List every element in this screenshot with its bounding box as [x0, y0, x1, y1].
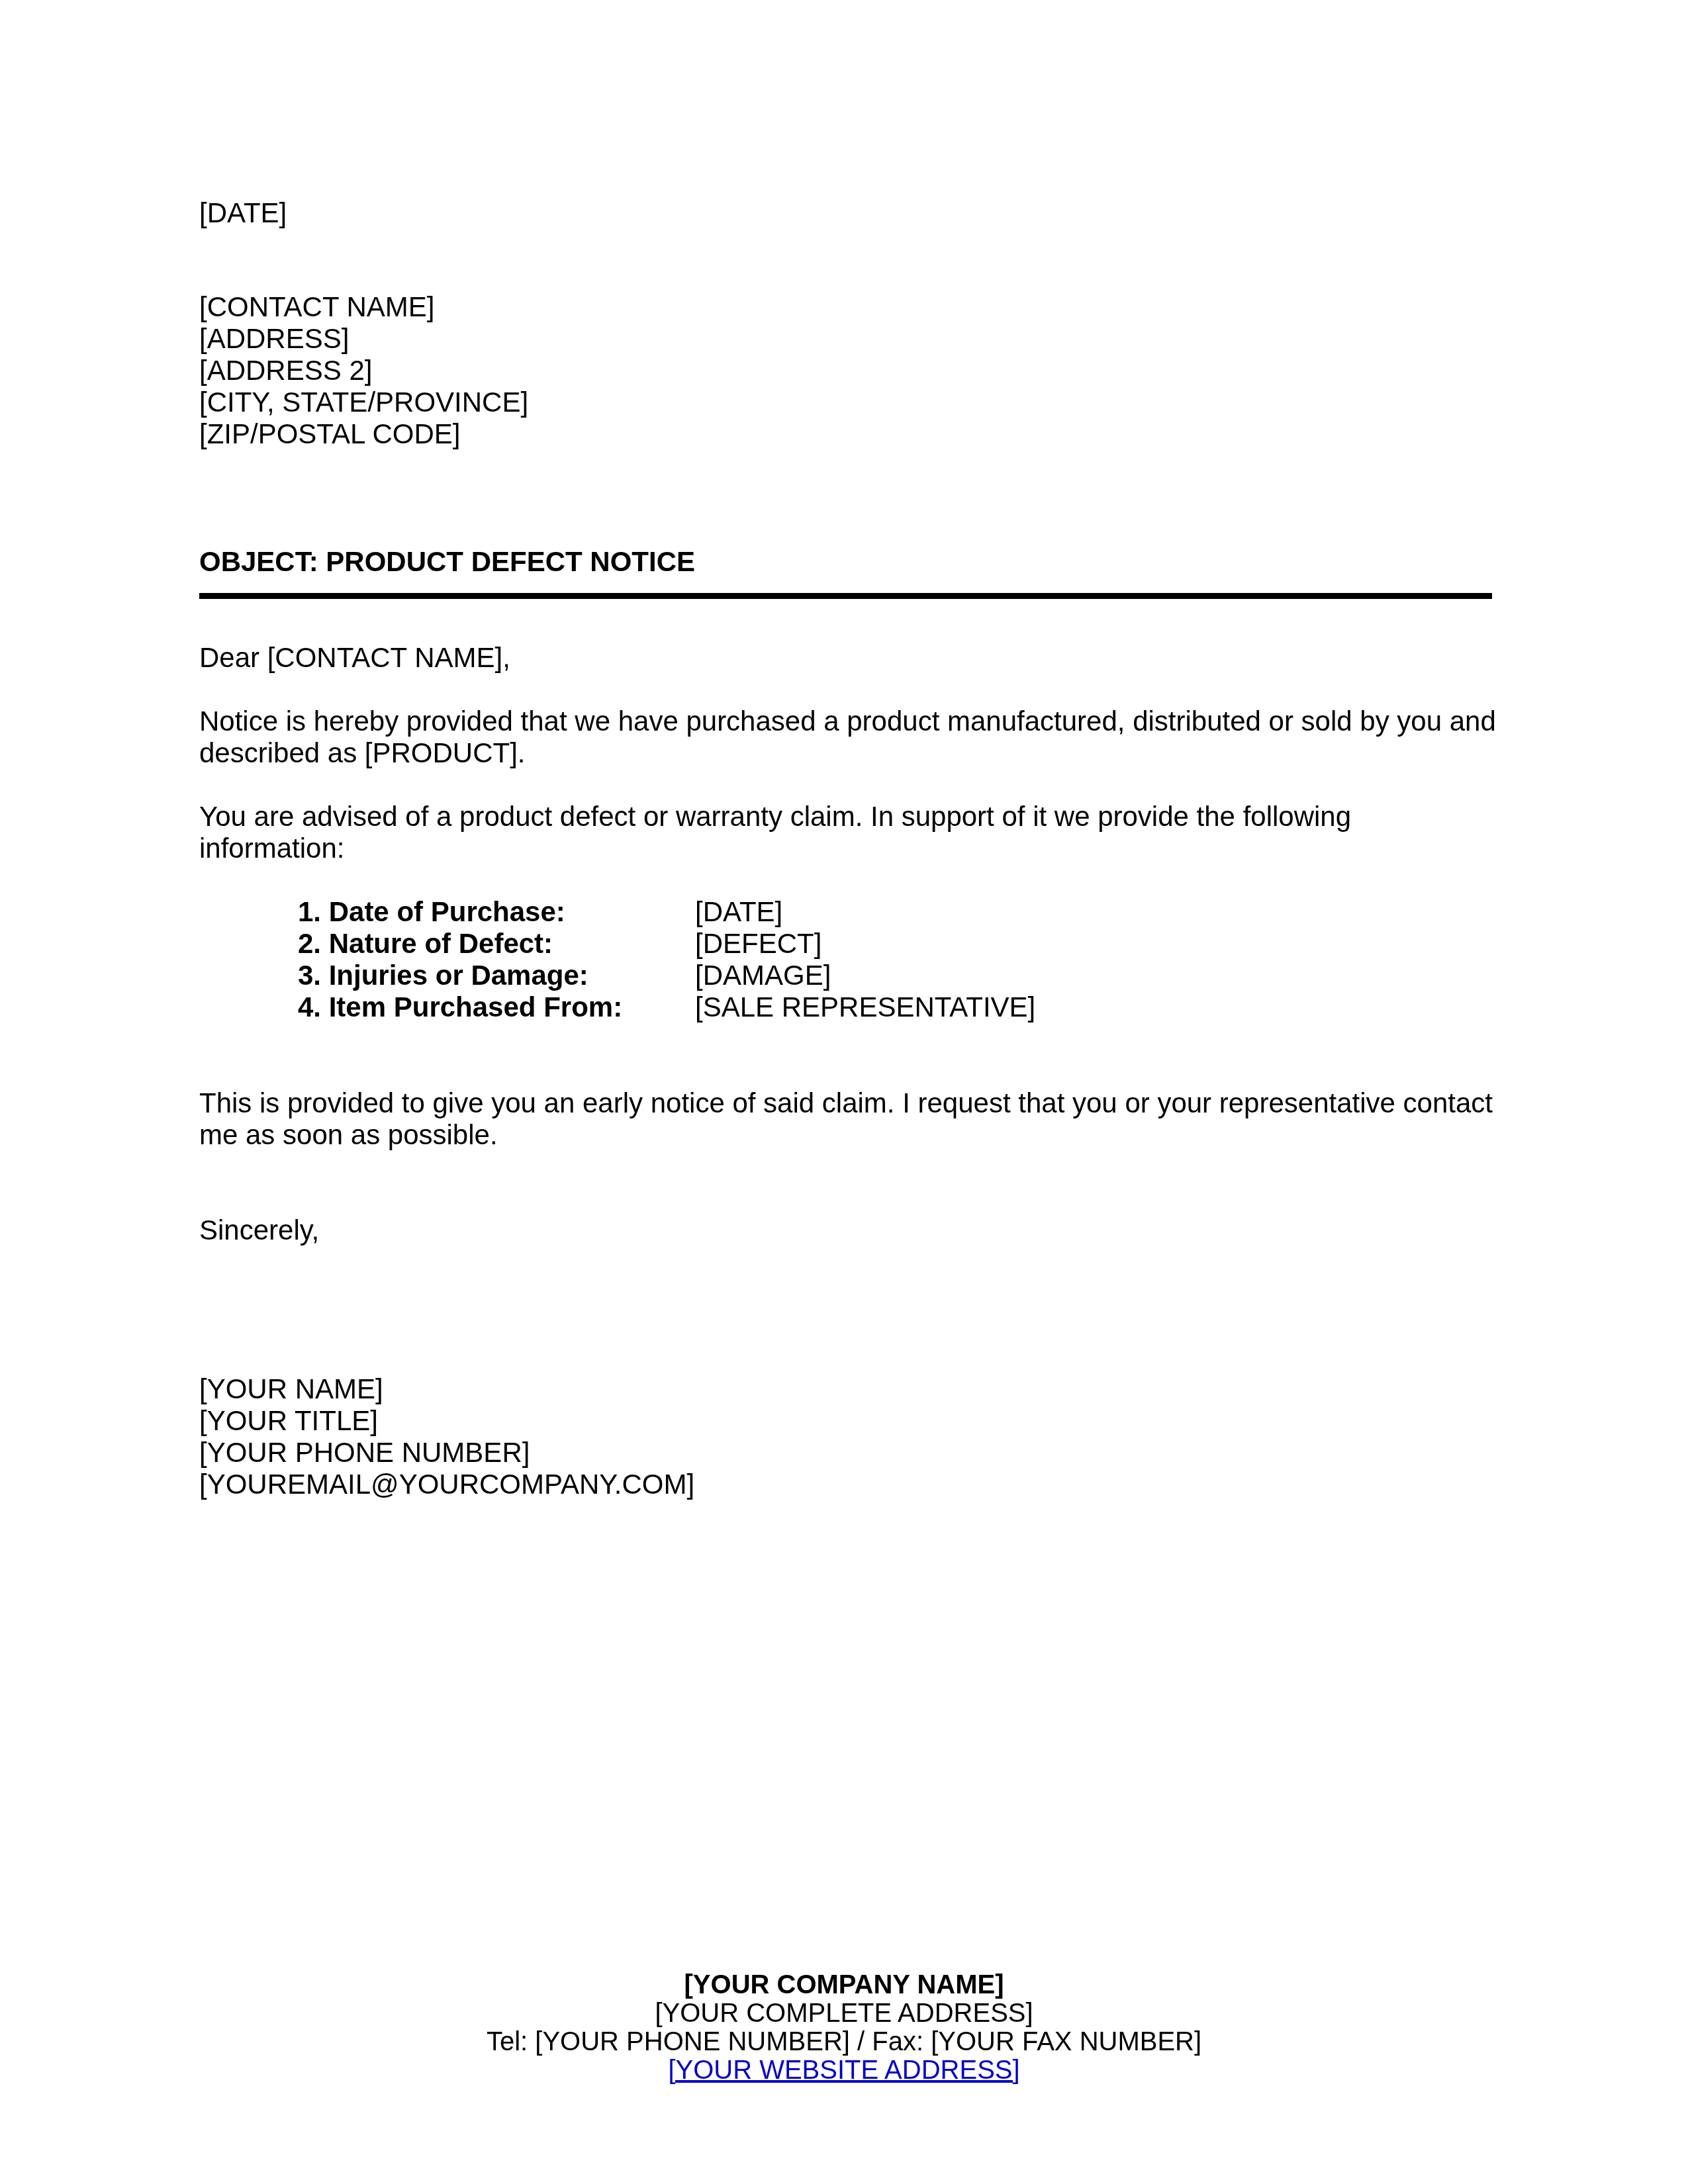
salutation: Dear [CONTACT NAME], [199, 642, 510, 674]
info-value: [DATE] [695, 896, 782, 928]
signer-title: [YOUR TITLE] [199, 1405, 694, 1437]
info-label: 2. Nature of Defect: [298, 928, 695, 960]
recipient-address-block: [CONTACT NAME] [ADDRESS] [ADDRESS 2] [CI… [199, 291, 528, 450]
subject-divider [199, 593, 1492, 599]
signer-phone: [YOUR PHONE NUMBER] [199, 1437, 694, 1469]
footer-contact: Tel: [YOUR PHONE NUMBER] / Fax: [YOUR FA… [0, 2028, 1688, 2056]
info-label: 3. Injuries or Damage: [298, 960, 695, 991]
company-footer: [YOUR COMPANY NAME] [YOUR COMPLETE ADDRE… [0, 1971, 1688, 2085]
info-value: [DEFECT] [695, 928, 821, 960]
body-paragraph-claim: You are advised of a product defect or w… [199, 801, 1497, 864]
info-item: 1. Date of Purchase: [DATE] [298, 896, 1035, 928]
info-label: 4. Item Purchased From: [298, 991, 695, 1023]
subject-heading: OBJECT: PRODUCT DEFECT NOTICE [199, 546, 695, 578]
recipient-city-state: [CITY, STATE/PROVINCE] [199, 387, 528, 418]
signature-block: [YOUR NAME] [YOUR TITLE] [YOUR PHONE NUM… [199, 1373, 694, 1500]
info-item: 2. Nature of Defect: [DEFECT] [298, 928, 1035, 960]
recipient-address-2: [ADDRESS 2] [199, 355, 528, 387]
letter-date: [DATE] [199, 197, 287, 229]
info-item: 3. Injuries or Damage: [DAMAGE] [298, 960, 1035, 991]
info-item: 4. Item Purchased From: [SALE REPRESENTA… [298, 991, 1035, 1023]
footer-address: [YOUR COMPLETE ADDRESS] [0, 1999, 1688, 2028]
recipient-zip: [ZIP/POSTAL CODE] [199, 418, 528, 450]
info-label: 1. Date of Purchase: [298, 896, 695, 928]
footer-company-name: [YOUR COMPANY NAME] [0, 1971, 1688, 1999]
claim-info-list: 1. Date of Purchase: [DATE] 2. Nature of… [298, 896, 1035, 1023]
signer-name: [YOUR NAME] [199, 1373, 694, 1405]
footer-website-link[interactable]: [YOUR WEBSITE ADDRESS] [668, 2056, 1019, 2085]
info-value: [SALE REPRESENTATIVE] [695, 991, 1035, 1023]
signer-email: [YOUREMAIL@YOURCOMPANY.COM] [199, 1469, 694, 1500]
body-paragraph-notice: Notice is hereby provided that we have p… [199, 705, 1497, 769]
info-value: [DAMAGE] [695, 960, 831, 991]
body-paragraph-request: This is provided to give you an early no… [199, 1087, 1497, 1151]
closing: Sincerely, [199, 1214, 319, 1246]
recipient-name: [CONTACT NAME] [199, 291, 528, 323]
recipient-address: [ADDRESS] [199, 323, 528, 355]
